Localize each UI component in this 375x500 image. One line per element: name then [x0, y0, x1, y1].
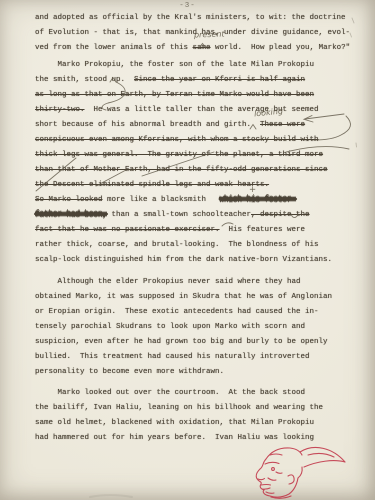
- text-line: Marko Prokopiu, the foster son of the la…: [35, 58, 365, 73]
- text-line: Marko looked out over the courtroom. At …: [35, 386, 365, 401]
- typed-text: the smith, stood up.: [35, 76, 134, 84]
- text-line: Although the elder Prokopius never said …: [35, 275, 365, 290]
- text-line: conspicuous even among Kforrians, with w…: [35, 133, 365, 148]
- typed-text: and adopted as official by the Kral's mi…: [35, 14, 346, 22]
- typed-text: scalp-lock distinguished him from the da…: [35, 256, 332, 264]
- page-number: -3-: [0, 2, 375, 11]
- typed-text: of Evolution - that is, that mankind has…: [35, 29, 350, 37]
- text-line: and adopted as official by the Kral's mi…: [35, 11, 365, 26]
- lower-lip: [262, 488, 270, 489]
- cheek-hatch: [276, 472, 282, 473]
- struck-text: the Descent eliminated spindle legs and …: [35, 181, 269, 189]
- text-line: personality to become even more withdraw…: [35, 365, 365, 380]
- text-line: scalp-lock distinguished him from the da…: [35, 253, 365, 268]
- text-line: the smith, stood up. Since the year on K…: [35, 73, 365, 88]
- struck-text: So Marko looked: [35, 196, 103, 204]
- obliterated-text: father had been,: [35, 211, 107, 219]
- chin-hatch: [266, 492, 274, 493]
- ear: [288, 475, 294, 484]
- text-line: father had been, than a small-town schoo…: [35, 208, 365, 223]
- manuscript-page: -3- and adopted as official by the Kral'…: [0, 0, 375, 500]
- head-back: [298, 467, 302, 478]
- text-line: had hammered out for him years before. I…: [35, 431, 365, 446]
- paragraph: Although the elder Prokopius never said …: [35, 275, 365, 380]
- handwritten-plus-mark: +: [249, 186, 256, 195]
- typed-text: obtained Marko, it was supposed in Skudr…: [35, 293, 332, 301]
- typed-text: Marko looked out over the courtroom. At …: [35, 389, 305, 397]
- obliterated-text: which his foster-: [220, 196, 297, 204]
- paragraph: Marko Prokopiu, the foster son of the la…: [35, 58, 365, 193]
- text-line: rather thick, coarse, and brutal-looking…: [35, 238, 365, 253]
- text-line: as long as that on Earth, by Terran time…: [35, 88, 365, 103]
- handwritten-insertion-present: present: [194, 29, 225, 39]
- text-line: fact that he was no passionate exerciser…: [35, 223, 365, 238]
- struck-text: thick legs was general. The gravity of t…: [35, 151, 323, 159]
- typed-text: His features were: [220, 226, 306, 234]
- struck-text: same: [193, 44, 211, 52]
- text-line: the Descent eliminated spindle legs and …: [35, 178, 365, 193]
- typed-text: more like a blacksmith: [103, 196, 220, 204]
- typed-text: ved from the lower animals of this: [35, 44, 193, 52]
- typed-text: bullied. This treatment had caused his n…: [35, 353, 310, 361]
- typed-text: suspicion, even after he had grown too b…: [35, 338, 328, 346]
- text-line: thick legs was general. The gravity of t…: [35, 148, 365, 163]
- text-line: same old helmet, blackened with oxidatio…: [35, 416, 365, 431]
- struck-text: thirty-two.: [35, 106, 85, 114]
- struck-text: , despite the: [251, 211, 310, 219]
- text-line: obtained Marko, it was supposed in Skudr…: [35, 290, 365, 305]
- forehead-hatch: [270, 454, 282, 455]
- text-line: suspicion, even after he had grown too b…: [35, 335, 365, 350]
- helmet-dome: [266, 448, 302, 459]
- text-line: short because of his abnormal breadth an…: [35, 118, 365, 133]
- typed-text: or Eropian origin. These exotic antecede…: [35, 308, 319, 316]
- jaw-neck: [270, 478, 298, 497]
- smudge: [90, 495, 132, 497]
- paragraph: Marko looked out over the courtroom. At …: [35, 386, 365, 446]
- struck-text: These were: [260, 121, 305, 129]
- typed-text: short because of his abnormal breadth an…: [35, 121, 260, 129]
- text-line: bullied. This treatment had caused his n…: [35, 350, 365, 365]
- struck-text: fact that he was no passionate exerciser…: [35, 226, 220, 234]
- typed-text: Although the elder Prokopius never said …: [35, 278, 301, 286]
- horn-upper: [300, 447, 345, 462]
- typed-text: than a small-town schoolteacher: [107, 211, 251, 219]
- face-profile: [256, 459, 270, 496]
- typed-text: had hammered out for him years before. I…: [35, 434, 314, 442]
- typed-text: same old helmet, blackened with oxidatio…: [35, 419, 314, 427]
- text-line: thirty-two. He was a little taller than …: [35, 103, 365, 118]
- text-line: So Marko looked more like a blacksmith w…: [35, 193, 365, 208]
- text-line: or Eropian origin. These exotic antecede…: [35, 305, 365, 320]
- collar: [271, 496, 291, 498]
- text-line: the bailiff, Ivan Haliu, leaning on his …: [35, 401, 365, 416]
- eye: [272, 468, 275, 471]
- text-line: than that of Mother Earth, had in the fi…: [35, 163, 365, 178]
- paragraph: So Marko looked more like a blacksmith w…: [35, 193, 365, 268]
- typed-text: personality to become even more withdraw…: [35, 368, 224, 376]
- horn-detail: [308, 453, 334, 457]
- struck-text: conspicuous even among Kforrians, with w…: [35, 136, 319, 144]
- red-head-doodle-sketch: [256, 447, 345, 498]
- nostril: [258, 479, 265, 480]
- struck-text: Since the year on Kforri is half again: [134, 76, 305, 84]
- typed-text: Marko Prokopiu, the foster son of the la…: [35, 61, 314, 69]
- upper-lip: [261, 485, 271, 486]
- typed-text: He was a little taller than the average …: [85, 106, 319, 114]
- brow: [265, 462, 279, 464]
- typed-text: tensely parochial Skudrans to look upon …: [35, 323, 305, 331]
- horn-lower: [304, 461, 345, 467]
- typed-text: world. How plead you, Marko?": [211, 44, 351, 52]
- manuscript-body: and adopted as official by the Kral's mi…: [35, 11, 365, 446]
- struck-text: as long as that on Earth, by Terran time…: [35, 91, 314, 99]
- struck-text: than that of Mother Earth, had in the fi…: [35, 166, 328, 174]
- typed-text: rather thick, coarse, and brutal-looking…: [35, 241, 319, 249]
- cheek-hatch: [268, 478, 276, 480]
- typed-text: the bailiff, Ivan Haliu, leaning on his …: [35, 404, 323, 412]
- text-line: ved from the lower animals of this same …: [35, 41, 365, 56]
- text-line: tensely parochial Skudrans to look upon …: [35, 320, 365, 335]
